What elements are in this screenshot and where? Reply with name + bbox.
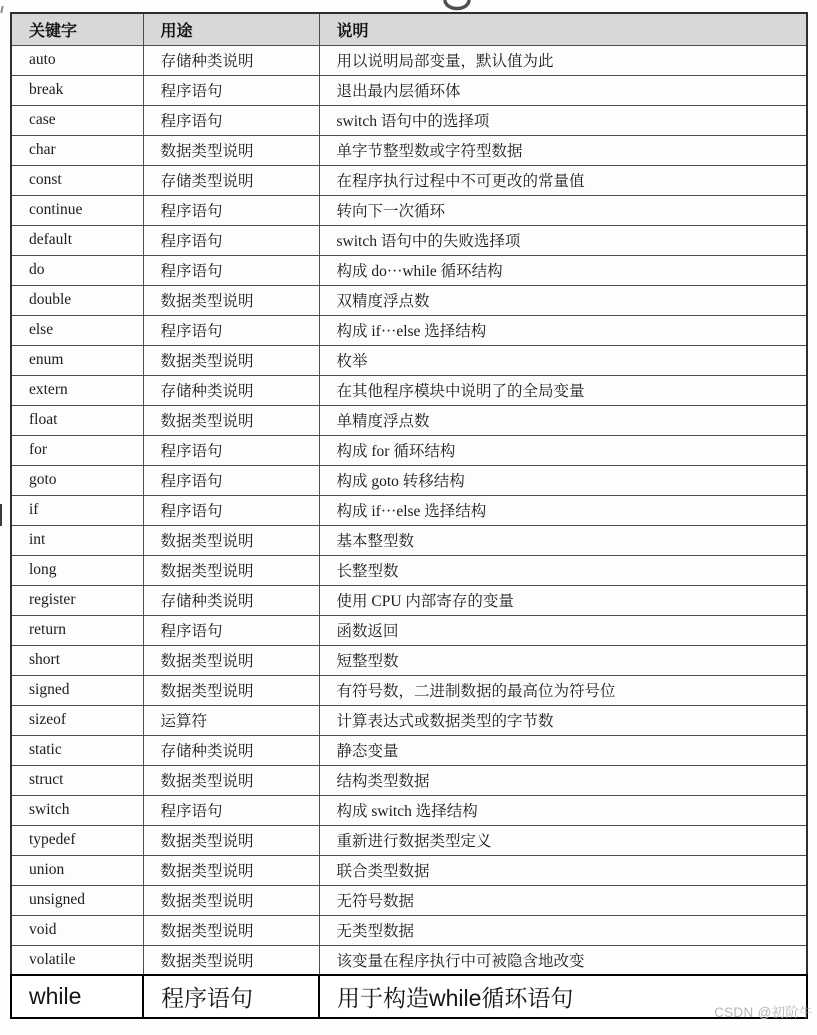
table-row: goto 程序语句 构成 goto 转移结构: [11, 465, 807, 495]
table-row: auto 存储种类说明 用以说明局部变量，默认值为此: [11, 45, 807, 75]
description-cell: 在其他程序模块中说明了的全局变量: [319, 375, 807, 405]
description-cell: 重新进行数据类型定义: [319, 825, 807, 855]
table-row: return 程序语句 函数返回: [11, 615, 807, 645]
usage-cell: 存储种类说明: [143, 45, 319, 75]
description-cell: 长整型数: [319, 555, 807, 585]
description-cell: 用以说明局部变量，默认值为此: [319, 45, 807, 75]
column-header-keyword: 关键字: [11, 13, 143, 45]
keyword-cell: continue: [11, 195, 143, 225]
usage-cell: 数据类型说明: [143, 525, 319, 555]
description-cell: 结构类型数据: [319, 765, 807, 795]
description-cell: 使用 CPU 内部寄存的变量: [319, 585, 807, 615]
usage-cell: 程序语句: [143, 975, 319, 1018]
description-cell: 枚举: [319, 345, 807, 375]
usage-cell: 数据类型说明: [143, 345, 319, 375]
description-cell: 有符号数，二进制数据的最高位为符号位: [319, 675, 807, 705]
table-row: break 程序语句 退出最内层循环体: [11, 75, 807, 105]
column-header-description: 说明: [319, 13, 807, 45]
description-cell: switch 语句中的选择项: [319, 105, 807, 135]
table-row: if 程序语句 构成 if···else 选择结构: [11, 495, 807, 525]
table-row: void 数据类型说明 无类型数据: [11, 915, 807, 945]
usage-cell: 程序语句: [143, 105, 319, 135]
keyword-cell: extern: [11, 375, 143, 405]
table-row: register 存储种类说明 使用 CPU 内部寄存的变量: [11, 585, 807, 615]
table-row: do 程序语句 构成 do···while 循环结构: [11, 255, 807, 285]
table-row: for 程序语句 构成 for 循环结构: [11, 435, 807, 465]
keyword-cell: enum: [11, 345, 143, 375]
keyword-cell: typedef: [11, 825, 143, 855]
keyword-cell: sizeof: [11, 705, 143, 735]
usage-cell: 数据类型说明: [143, 645, 319, 675]
usage-cell: 存储类型说明: [143, 165, 319, 195]
description-cell: 构成 for 循环结构: [319, 435, 807, 465]
table-row: enum 数据类型说明 枚举: [11, 345, 807, 375]
description-cell: 单精度浮点数: [319, 405, 807, 435]
table-row: char 数据类型说明 单字节整型数或字符型数据: [11, 135, 807, 165]
usage-cell: 运算符: [143, 705, 319, 735]
description-cell: 构成 goto 转移结构: [319, 465, 807, 495]
table-row: sizeof 运算符 计算表达式或数据类型的字节数: [11, 705, 807, 735]
usage-cell: 数据类型说明: [143, 885, 319, 915]
table-row: double 数据类型说明 双精度浮点数: [11, 285, 807, 315]
csdn-watermark: CSDN @初阶牛: [714, 1001, 813, 1021]
description-cell: 该变量在程序执行中可被隐含地改变: [319, 945, 807, 975]
table-row: volatile 数据类型说明 该变量在程序执行中可被隐含地改变: [11, 945, 807, 975]
usage-cell: 程序语句: [143, 255, 319, 285]
table-row: union 数据类型说明 联合类型数据: [11, 855, 807, 885]
keyword-cell: for: [11, 435, 143, 465]
description-cell: 在程序执行过程中不可更改的常量值: [319, 165, 807, 195]
table-header: 关键字 用途 说明: [11, 13, 807, 45]
usage-cell: 程序语句: [143, 465, 319, 495]
description-cell: 静态变量: [319, 735, 807, 765]
keyword-table: 关键字 用途 说明 auto 存储种类说明 用以说明局部变量，默认值为此 bre…: [10, 12, 808, 1019]
usage-cell: 数据类型说明: [143, 135, 319, 165]
table-row: static 存储种类说明 静态变量: [11, 735, 807, 765]
table-row: default 程序语句 switch 语句中的失败选择项: [11, 225, 807, 255]
highlight-body: while 程序语句 用于构造while循环语句: [11, 975, 807, 1018]
column-header-usage: 用途: [143, 13, 319, 45]
usage-cell: 数据类型说明: [143, 945, 319, 975]
usage-cell: 程序语句: [143, 315, 319, 345]
description-cell: 构成 switch 选择结构: [319, 795, 807, 825]
table-row: long 数据类型说明 长整型数: [11, 555, 807, 585]
table-row: float 数据类型说明 单精度浮点数: [11, 405, 807, 435]
table-row: extern 存储种类说明 在其他程序模块中说明了的全局变量: [11, 375, 807, 405]
table-row: signed 数据类型说明 有符号数，二进制数据的最高位为符号位: [11, 675, 807, 705]
table-row: else 程序语句 构成 if···else 选择结构: [11, 315, 807, 345]
description-cell: 无类型数据: [319, 915, 807, 945]
usage-cell: 数据类型说明: [143, 825, 319, 855]
keyword-cell: auto: [11, 45, 143, 75]
table-row: case 程序语句 switch 语句中的选择项: [11, 105, 807, 135]
usage-cell: 存储种类说明: [143, 375, 319, 405]
usage-cell: 程序语句: [143, 795, 319, 825]
description-cell: 构成 do···while 循环结构: [319, 255, 807, 285]
keyword-cell: while: [11, 975, 143, 1018]
keyword-cell: const: [11, 165, 143, 195]
keyword-cell: float: [11, 405, 143, 435]
usage-cell: 存储种类说明: [143, 735, 319, 765]
description-cell: 退出最内层循环体: [319, 75, 807, 105]
usage-cell: 程序语句: [143, 195, 319, 225]
usage-cell: 数据类型说明: [143, 765, 319, 795]
description-cell: switch 语句中的失败选择项: [319, 225, 807, 255]
description-cell: 函数返回: [319, 615, 807, 645]
usage-cell: 程序语句: [143, 495, 319, 525]
keyword-cell: unsigned: [11, 885, 143, 915]
description-cell: 单字节整型数或字符型数据: [319, 135, 807, 165]
usage-cell: 程序语句: [143, 225, 319, 255]
usage-cell: 程序语句: [143, 75, 319, 105]
table-row: continue 程序语句 转向下一次循环: [11, 195, 807, 225]
keyword-cell: else: [11, 315, 143, 345]
keyword-cell: do: [11, 255, 143, 285]
usage-cell: 程序语句: [143, 615, 319, 645]
usage-cell: 数据类型说明: [143, 285, 319, 315]
usage-cell: 存储种类说明: [143, 585, 319, 615]
table-row: typedef 数据类型说明 重新进行数据类型定义: [11, 825, 807, 855]
usage-cell: 数据类型说明: [143, 915, 319, 945]
usage-cell: 数据类型说明: [143, 855, 319, 885]
table-row: int 数据类型说明 基本整型数: [11, 525, 807, 555]
table-row: unsigned 数据类型说明 无符号数据: [11, 885, 807, 915]
header-row: 关键字 用途 说明: [11, 13, 807, 45]
usage-cell: 程序语句: [143, 435, 319, 465]
description-cell: 计算表达式或数据类型的字节数: [319, 705, 807, 735]
description-cell: 转向下一次循环: [319, 195, 807, 225]
keyword-cell: signed: [11, 675, 143, 705]
keyword-cell: void: [11, 915, 143, 945]
keyword-cell: char: [11, 135, 143, 165]
keyword-cell: if: [11, 495, 143, 525]
page: 关键字 用途 说明 auto 存储种类说明 用以说明局部变量，默认值为此 bre…: [0, 0, 817, 1035]
description-cell: 联合类型数据: [319, 855, 807, 885]
usage-cell: 数据类型说明: [143, 405, 319, 435]
keyword-cell: struct: [11, 765, 143, 795]
keyword-cell: double: [11, 285, 143, 315]
keyword-cell: short: [11, 645, 143, 675]
description-cell: 双精度浮点数: [319, 285, 807, 315]
keyword-cell: break: [11, 75, 143, 105]
keyword-cell: static: [11, 735, 143, 765]
description-cell: 基本整型数: [319, 525, 807, 555]
description-cell: 短整型数: [319, 645, 807, 675]
keyword-cell: switch: [11, 795, 143, 825]
table-row: short 数据类型说明 短整型数: [11, 645, 807, 675]
keyword-cell: case: [11, 105, 143, 135]
description-cell: 构成 if···else 选择结构: [319, 495, 807, 525]
table-row: struct 数据类型说明 结构类型数据: [11, 765, 807, 795]
scan-artifact-mark: [0, 6, 3, 13]
table-body: auto 存储种类说明 用以说明局部变量，默认值为此 break 程序语句 退出…: [11, 45, 807, 975]
usage-cell: 数据类型说明: [143, 675, 319, 705]
table-row: const 存储类型说明 在程序执行过程中不可更改的常量值: [11, 165, 807, 195]
table-row-while: while 程序语句 用于构造while循环语句: [11, 975, 807, 1018]
keyword-cell: long: [11, 555, 143, 585]
table-row: switch 程序语句 构成 switch 选择结构: [11, 795, 807, 825]
keyword-cell: volatile: [11, 945, 143, 975]
scan-artifact-tick: [0, 504, 2, 526]
keyword-cell: int: [11, 525, 143, 555]
keyword-cell: default: [11, 225, 143, 255]
keyword-cell: goto: [11, 465, 143, 495]
keyword-cell: union: [11, 855, 143, 885]
keyword-cell: register: [11, 585, 143, 615]
usage-cell: 数据类型说明: [143, 555, 319, 585]
description-cell: 无符号数据: [319, 885, 807, 915]
keyword-cell: return: [11, 615, 143, 645]
description-cell: 构成 if···else 选择结构: [319, 315, 807, 345]
